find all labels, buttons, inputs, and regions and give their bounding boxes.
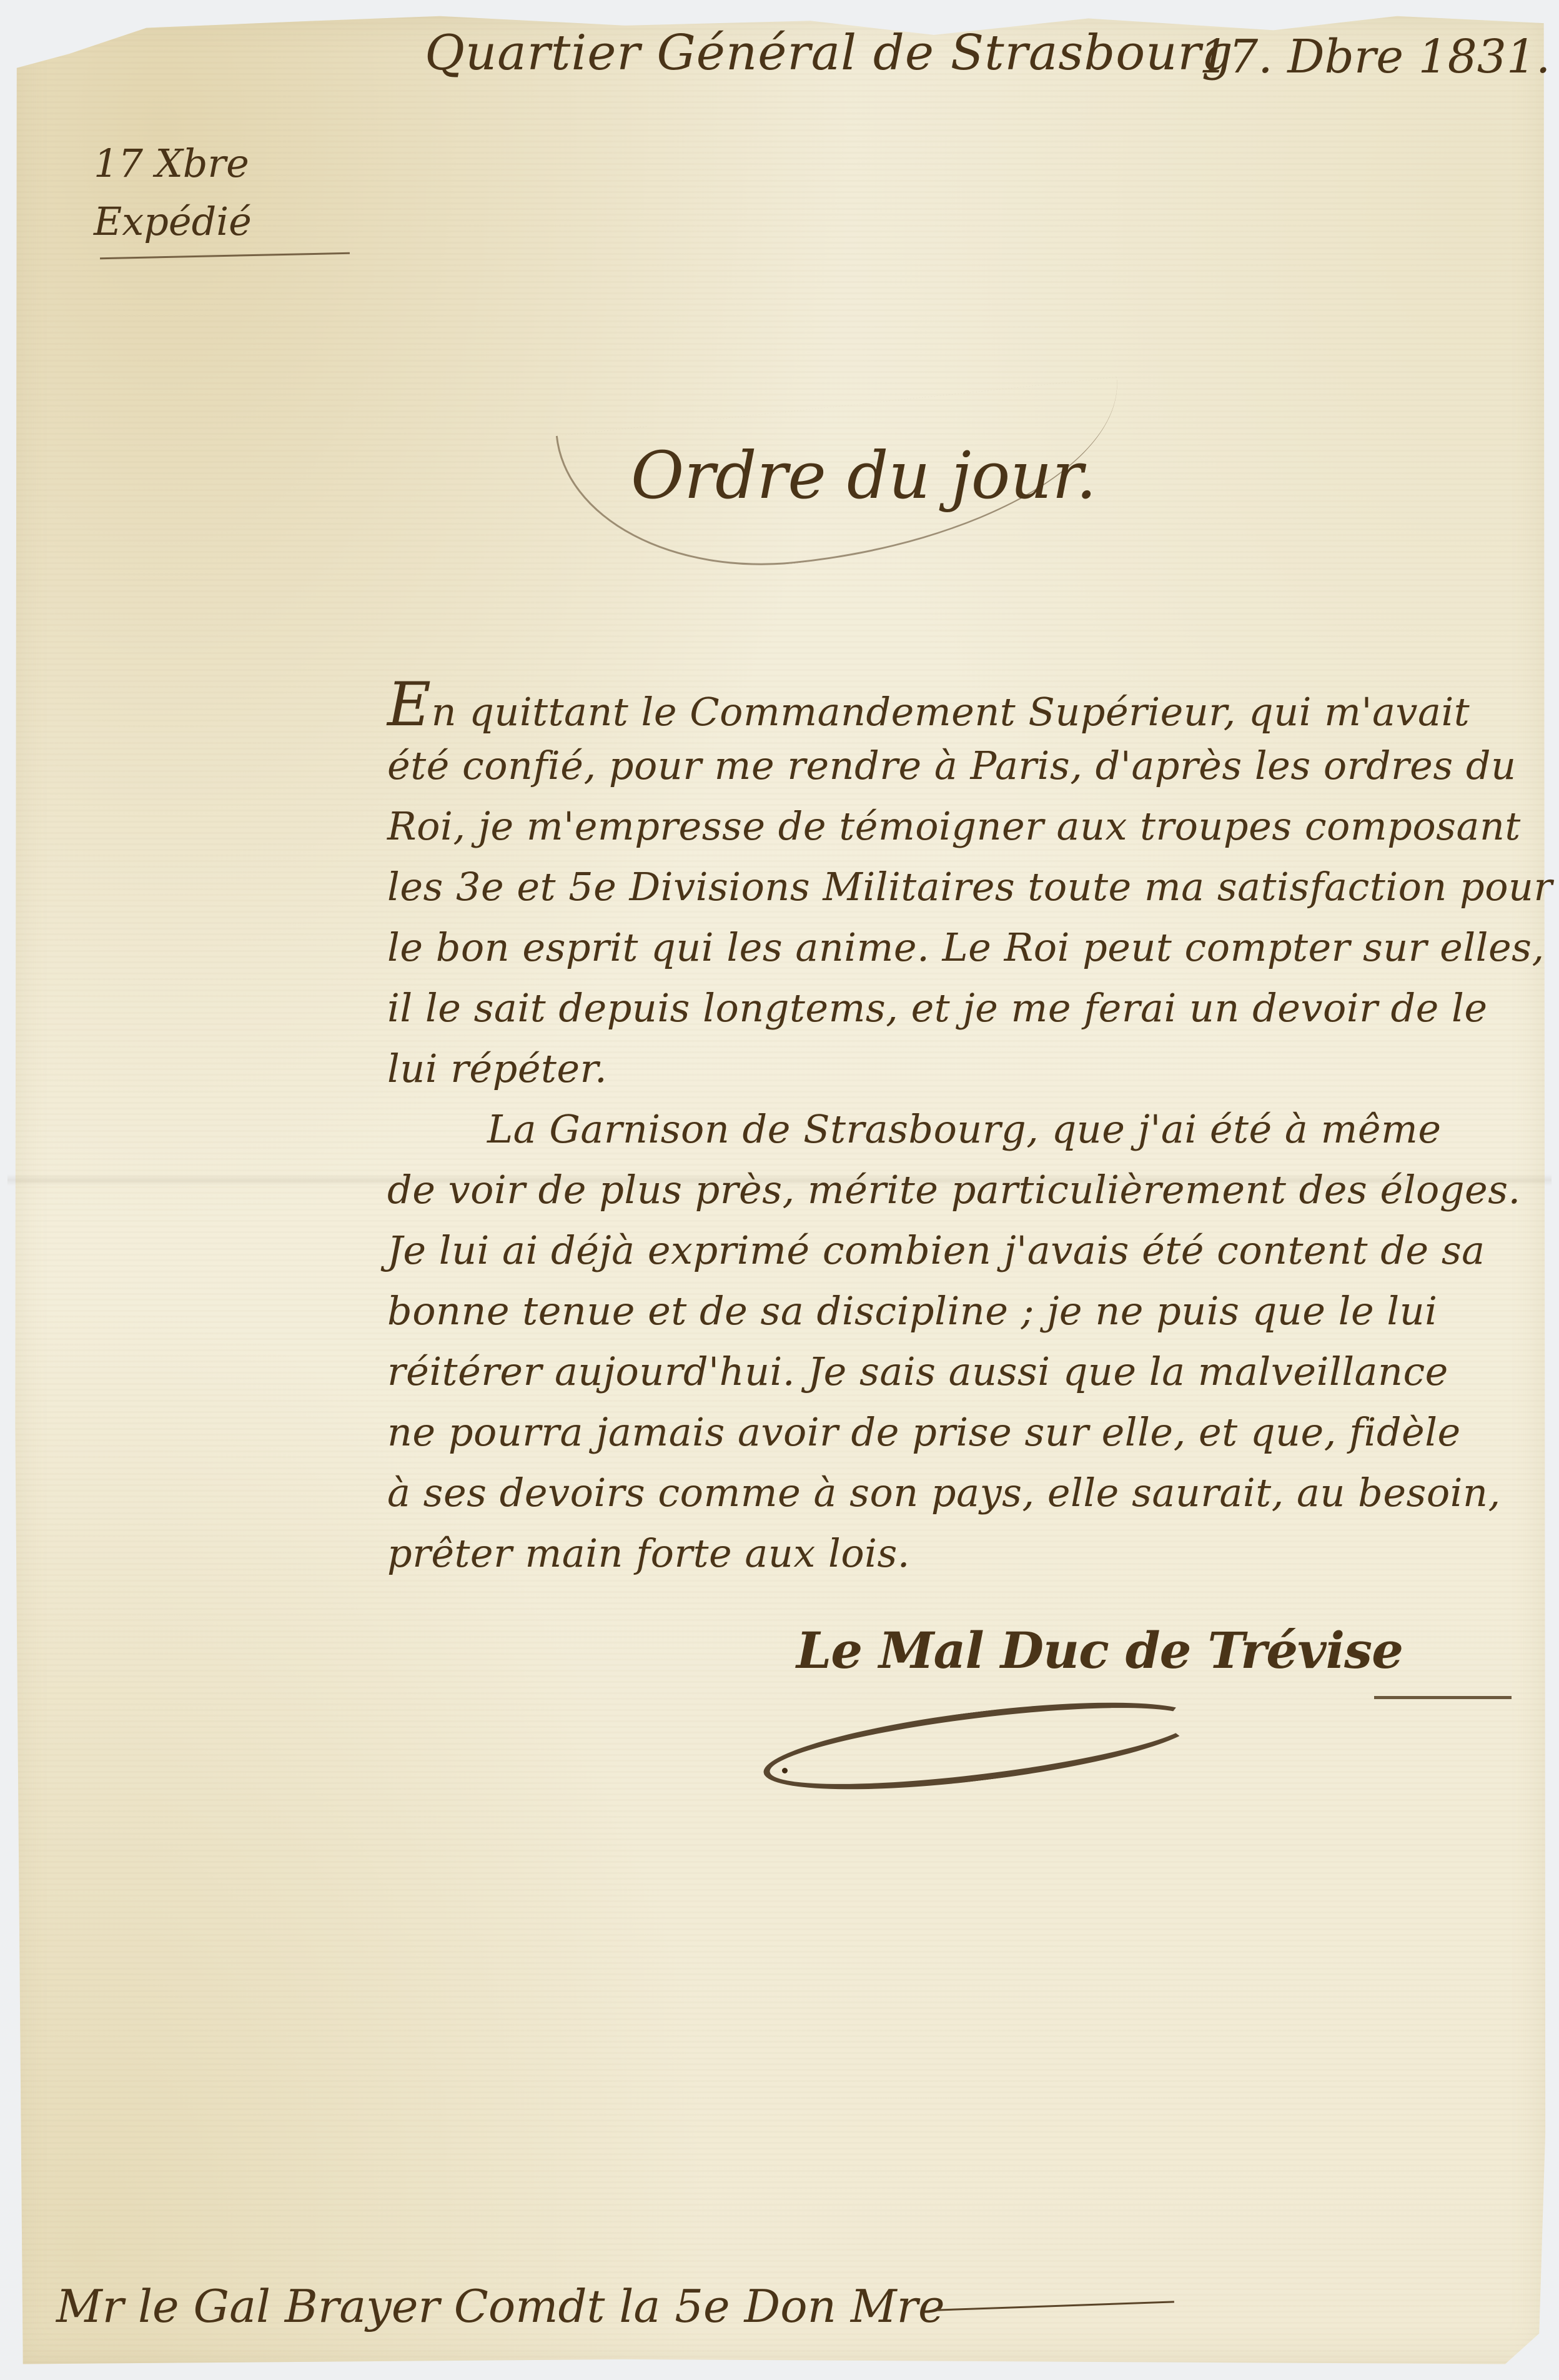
body-line: La Garnison de Strasbourg, que j'ai été …: [387, 1099, 1512, 1159]
body-line: les 3e et 5e Divisions Militaires toute …: [387, 856, 1512, 917]
body-line: à ses devoirs comme à son pays, elle sau…: [387, 1462, 1512, 1523]
margin-note-status: Expédié: [94, 199, 252, 244]
body-line: En quittant le Commandement Supérieur, q…: [387, 675, 1512, 735]
recipient-line: Mr le Gal Brayer Comdt la 5e Don Mre: [56, 2280, 945, 2333]
header-date: 17. Dbre 1831.: [1199, 30, 1550, 84]
body-line: de voir de plus près, mérite particulièr…: [387, 1159, 1512, 1220]
body-line: il le sait depuis longtems, et je me fer…: [387, 978, 1512, 1038]
body-line: prêter main forte aux lois.: [387, 1523, 1512, 1584]
body-line: Roi, je m'empresse de témoigner aux trou…: [387, 796, 1512, 856]
body-line: réitérer aujourd'hui. Je sais aussi que …: [387, 1341, 1512, 1402]
margin-note-date: 17 Xbre: [94, 141, 249, 186]
signature: Le Mal Duc de Trévise: [796, 1621, 1403, 1680]
ink-blot: [782, 1768, 788, 1773]
document-title: Ordre du jour.: [631, 437, 1097, 513]
body-line: ne pourra jamais avoir de prise sur elle…: [387, 1402, 1512, 1462]
header-place: Quartier Général de Strasbourg: [425, 25, 1234, 81]
body-line: le bon esprit qui les anime. Le Roi peut…: [387, 917, 1512, 978]
body-line: été confié, pour me rendre à Paris, d'ap…: [387, 735, 1512, 796]
signature-flourish-tail: [1374, 1696, 1512, 1699]
body-line: Je lui ai déjà exprimé combien j'avais é…: [387, 1220, 1512, 1281]
document-body: En quittant le Commandement Supérieur, q…: [387, 675, 1512, 1584]
body-line: bonne tenue et de sa discipline ; je ne …: [387, 1281, 1512, 1341]
body-line: lui répéter.: [387, 1038, 1512, 1099]
